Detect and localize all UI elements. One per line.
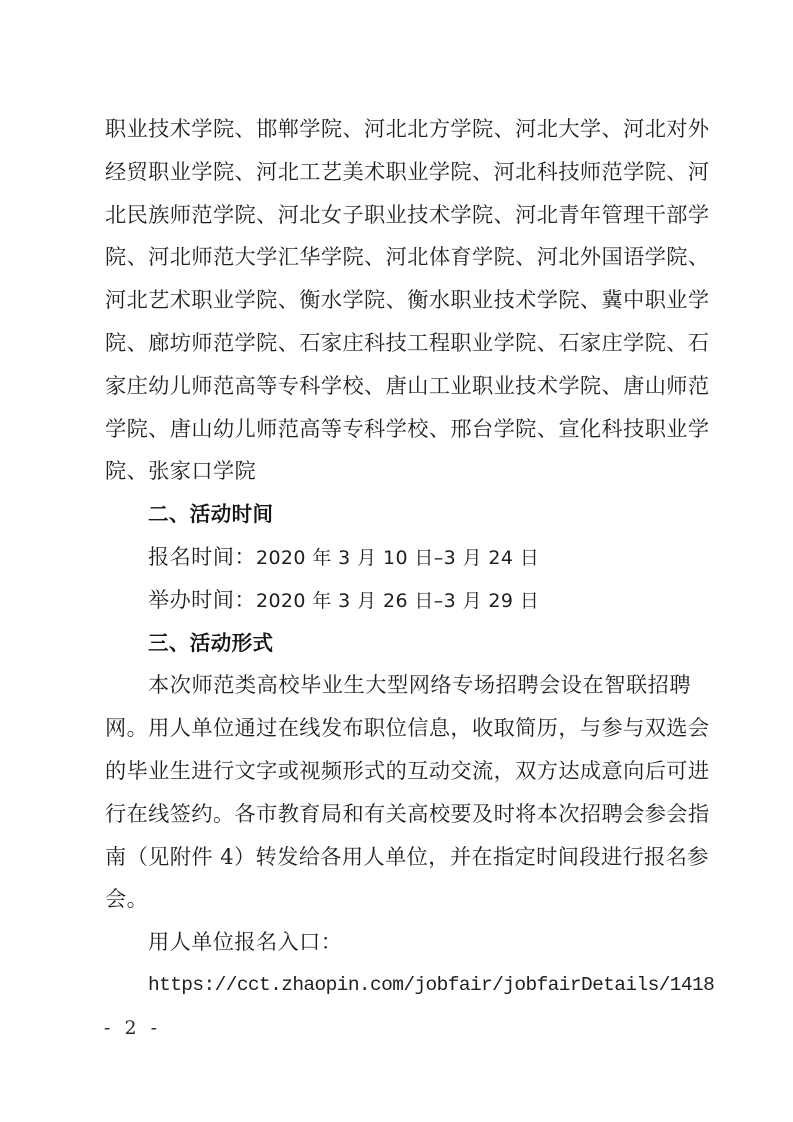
text-line: 院、廊坊师范学院、石家庄科技工程职业学院、石家庄学院、石: [105, 322, 691, 365]
event-time-value: 2020 年 3 月 26 日–3 月 29 日: [256, 590, 539, 612]
text-line: 家庄幼儿师范高等专科学校、唐山工业职业技术学院、唐山师范: [105, 365, 691, 408]
text-line: 北民族师范学院、河北女子职业技术学院、河北青年管理干部学: [105, 194, 691, 237]
event-time-label: 举办时间：: [148, 587, 256, 612]
registration-link[interactable]: https://cct.zhaopin.com/jobfair/jobfairD…: [105, 964, 691, 1007]
section-activity-format: 三、活动形式 本次师范类高校毕业生大型网络专场招聘会设在智联招聘 网。用人单位通…: [105, 622, 691, 1007]
text-line: 学院、唐山幼儿师范高等专科学校、邢台学院、宣化科技职业学: [105, 408, 691, 451]
school-list-paragraph: 职业技术学院、邯郸学院、河北北方学院、河北大学、河北对外 经贸职业学院、河北工艺…: [105, 108, 691, 493]
event-time: 举办时间：2020 年 3 月 26 日–3 月 29 日: [105, 579, 691, 622]
text-line: 院、张家口学院: [105, 450, 691, 493]
text-line: 行在线签约。各市教育局和有关高校要及时将本次招聘会参会指: [105, 793, 691, 836]
text-line: 院、河北师范大学汇华学院、河北体育学院、河北外国语学院、: [105, 236, 691, 279]
registration-time-label: 报名时间：: [148, 544, 256, 569]
text-line: 南（见附件 4）转发给各用人单位，并在指定时间段进行报名参: [105, 836, 691, 879]
text-line: 本次师范类高校毕业生大型网络专场招聘会设在智联招聘: [105, 664, 691, 707]
section-activity-time: 二、活动时间 报名时间：2020 年 3 月 10 日–3 月 24 日 举办时…: [105, 493, 691, 621]
registration-time: 报名时间：2020 年 3 月 10 日–3 月 24 日: [105, 536, 691, 579]
registration-time-value: 2020 年 3 月 10 日–3 月 24 日: [256, 547, 539, 569]
section-heading: 二、活动时间: [105, 493, 691, 536]
text-line: 河北艺术职业学院、衡水学院、衡水职业技术学院、冀中职业学: [105, 279, 691, 322]
text-line: 网。用人单位通过在线发布职位信息，收取简历，与参与双选会: [105, 707, 691, 750]
text-line: 经贸职业学院、河北工艺美术职业学院、河北科技师范学院、河: [105, 151, 691, 194]
text-line: 会。: [105, 878, 691, 921]
document-page: 职业技术学院、邯郸学院、河北北方学院、河北大学、河北对外 经贸职业学院、河北工艺…: [0, 0, 793, 1122]
text-line: 职业技术学院、邯郸学院、河北北方学院、河北大学、河北对外: [105, 108, 691, 151]
document-body: 职业技术学院、邯郸学院、河北北方学院、河北大学、河北对外 经贸职业学院、河北工艺…: [105, 108, 691, 1007]
section-heading: 三、活动形式: [105, 622, 691, 665]
text-line: 的毕业生进行文字或视频形式的互动交流，双方达成意向后可进: [105, 750, 691, 793]
entry-label: 用人单位报名入口：: [105, 921, 691, 964]
page-number: - 2 -: [104, 1017, 161, 1039]
